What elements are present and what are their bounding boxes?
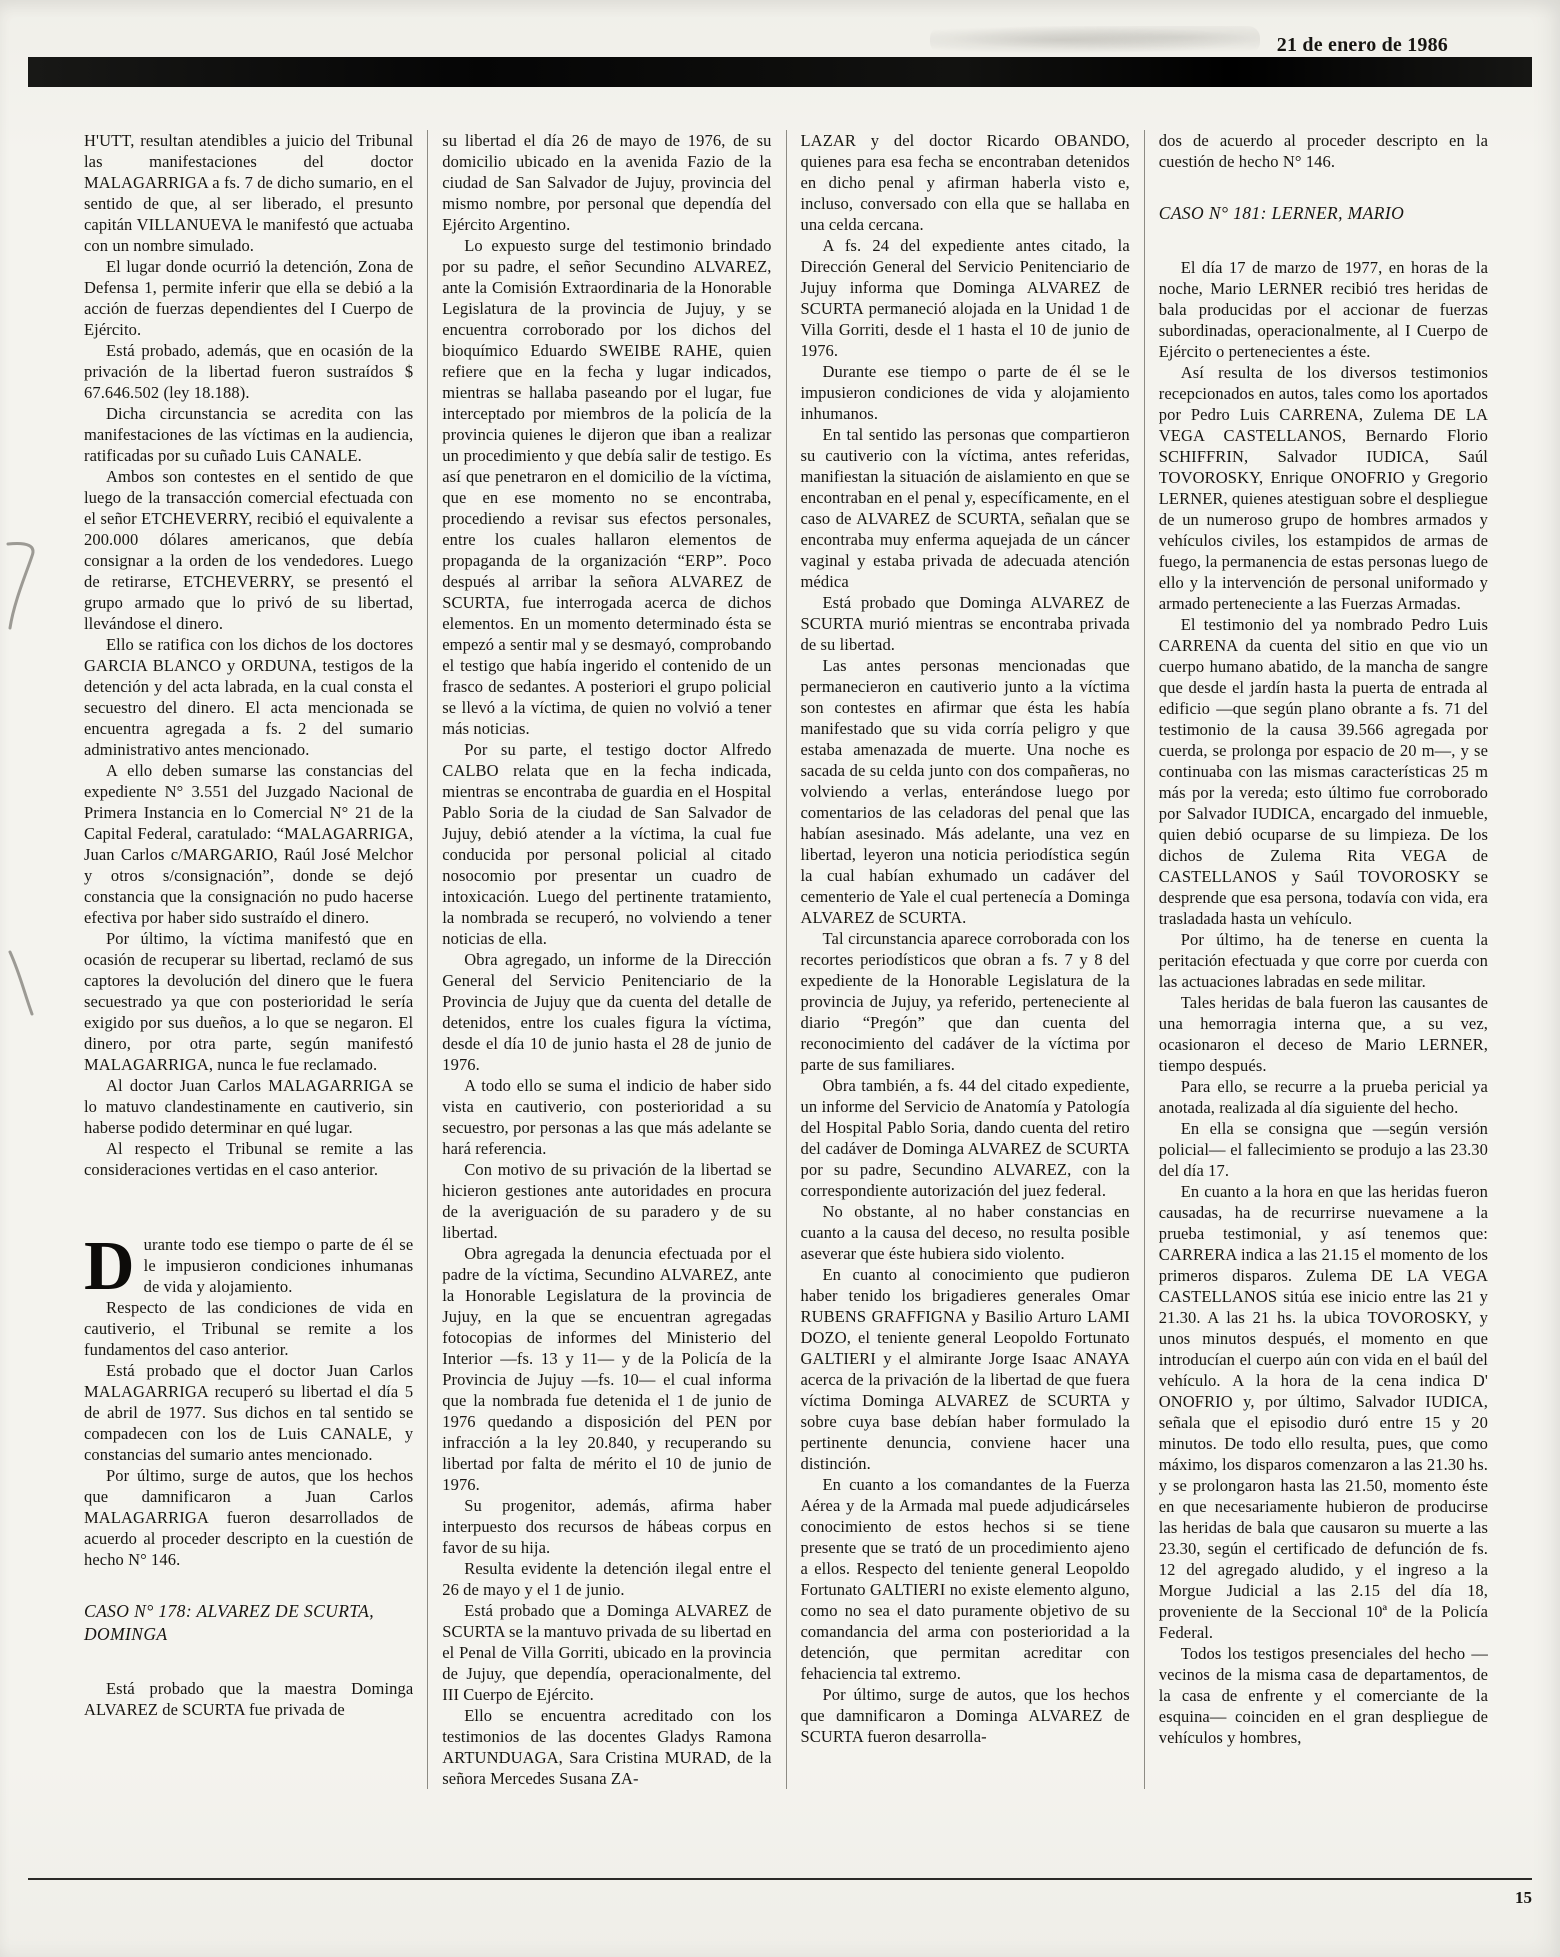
paragraph: Ello se encuentra acreditado con los tes… xyxy=(442,1705,771,1789)
paragraph: Está probado que la maestra Dominga ALVA… xyxy=(84,1678,413,1720)
paragraph: Tales heridas de bala fueron las causant… xyxy=(1159,992,1488,1076)
paragraph: No obstante, al no haber constancias en … xyxy=(801,1201,1130,1264)
page-number: 15 xyxy=(1515,1888,1532,1908)
newspaper-page: 21 de enero de 1986 H'UTT, resultan aten… xyxy=(0,0,1560,1957)
paragraph: Tal circunstancia aparece corroborada co… xyxy=(801,928,1130,1075)
text-columns: H'UTT, resultan atendibles a juicio del … xyxy=(84,130,1488,1789)
paragraph: A todo ello se suma el indicio de haber … xyxy=(442,1075,771,1159)
dropcap-text: urante todo ese tiempo o parte de él se … xyxy=(144,1235,414,1296)
paragraph: Para ello, se recurre a la prueba perici… xyxy=(1159,1076,1488,1118)
paragraph: El lugar donde ocurrió la detención, Zon… xyxy=(84,256,413,340)
paragraph: Lo expuesto surge del testimonio brindad… xyxy=(442,235,771,739)
paragraph: En cuanto al conocimiento que pudieron h… xyxy=(801,1264,1130,1474)
paragraph: Respecto de las condiciones de vida en c… xyxy=(84,1297,413,1360)
column-2: su libertad el día 26 de mayo de 1976, d… xyxy=(427,130,785,1789)
paragraph: Dicha circunstancia se acredita con las … xyxy=(84,403,413,466)
paragraph: Todos los testigos presenciales del hech… xyxy=(1159,1643,1488,1748)
paragraph: Durante ese tiempo o parte de él se le i… xyxy=(801,361,1130,424)
paragraph: Resulta evidente la detención ilegal ent… xyxy=(442,1558,771,1600)
paragraph: Por último, la víctima manifestó que en … xyxy=(84,928,413,1075)
margin-mark-icon xyxy=(6,948,36,1018)
header-bar xyxy=(28,57,1532,87)
column-3: LAZAR y del doctor Ricardo OBANDO, quien… xyxy=(786,130,1144,1789)
paragraph: Está probado, además, que en ocasión de … xyxy=(84,340,413,403)
paragraph: Ambos son contestes en el sentido de que… xyxy=(84,466,413,634)
paragraph: En cuanto a la hora en que las heridas f… xyxy=(1159,1181,1488,1643)
paragraph: Por último, surge de autos, que los hech… xyxy=(84,1465,413,1570)
paragraph: Por su parte, el testigo doctor Alfredo … xyxy=(442,739,771,949)
paragraph: Ello se ratifica con los dichos de los d… xyxy=(84,634,413,760)
paragraph: Está probado que a Dominga ALVAREZ de SC… xyxy=(442,1600,771,1705)
scan-smudge xyxy=(930,26,1260,54)
case-heading-181: CASO N° 181: LERNER, MARIO xyxy=(1159,202,1488,225)
paragraph: A fs. 24 del expediente antes citado, la… xyxy=(801,235,1130,361)
paragraph: Obra agregado, un informe de la Direcció… xyxy=(442,949,771,1075)
paragraph: En ella se consigna que —según versión p… xyxy=(1159,1118,1488,1181)
paragraph: Por último, surge de autos, que los hech… xyxy=(801,1684,1130,1747)
column-4: dos de acuerdo al proceder descripto en … xyxy=(1144,130,1488,1789)
margin-mark-icon xyxy=(2,540,44,630)
dropcap-initial: D xyxy=(84,1234,144,1294)
paragraph: Está probado que el doctor Juan Carlos M… xyxy=(84,1360,413,1465)
paragraph: Al respecto el Tribunal se remite a las … xyxy=(84,1138,413,1180)
paragraph: Su progenitor, además, afirma haber inte… xyxy=(442,1495,771,1558)
paragraph: Obra también, a fs. 44 del citado expedi… xyxy=(801,1075,1130,1201)
paragraph: A ello deben sumarse las constancias del… xyxy=(84,760,413,928)
paragraph: Con motivo de su privación de la liberta… xyxy=(442,1159,771,1243)
case-heading-178: CASO N° 178: ALVAREZ DE SCURTA, DOMINGA xyxy=(84,1600,413,1646)
dropcap-paragraph: Durante todo ese tiempo o parte de él se… xyxy=(84,1234,413,1297)
paragraph: LAZAR y del doctor Ricardo OBANDO, quien… xyxy=(801,130,1130,235)
paragraph: Al doctor Juan Carlos MALAGARRIGA se lo … xyxy=(84,1075,413,1138)
paragraph: H'UTT, resultan atendibles a juicio del … xyxy=(84,130,413,256)
paragraph: En tal sentido las personas que comparti… xyxy=(801,424,1130,592)
paragraph: Está probado que Dominga ALVAREZ de SCUR… xyxy=(801,592,1130,655)
issue-date: 21 de enero de 1986 xyxy=(1277,34,1448,57)
paragraph: su libertad el día 26 de mayo de 1976, d… xyxy=(442,130,771,235)
column-1: H'UTT, resultan atendibles a juicio del … xyxy=(84,130,427,1789)
footer-rule xyxy=(28,1878,1532,1880)
paragraph: El día 17 de marzo de 1977, en horas de … xyxy=(1159,257,1488,362)
paragraph: El testimonio del ya nombrado Pedro Luis… xyxy=(1159,614,1488,929)
paragraph: Por último, ha de tenerse en cuenta la p… xyxy=(1159,929,1488,992)
paragraph: dos de acuerdo al proceder descripto en … xyxy=(1159,130,1488,172)
paragraph: En cuanto a los comandantes de la Fuerza… xyxy=(801,1474,1130,1684)
paragraph: Así resulta de los diversos testimonios … xyxy=(1159,362,1488,614)
paragraph: Las antes personas mencionadas que perma… xyxy=(801,655,1130,928)
paragraph: Obra agregada la denuncia efectuada por … xyxy=(442,1243,771,1495)
